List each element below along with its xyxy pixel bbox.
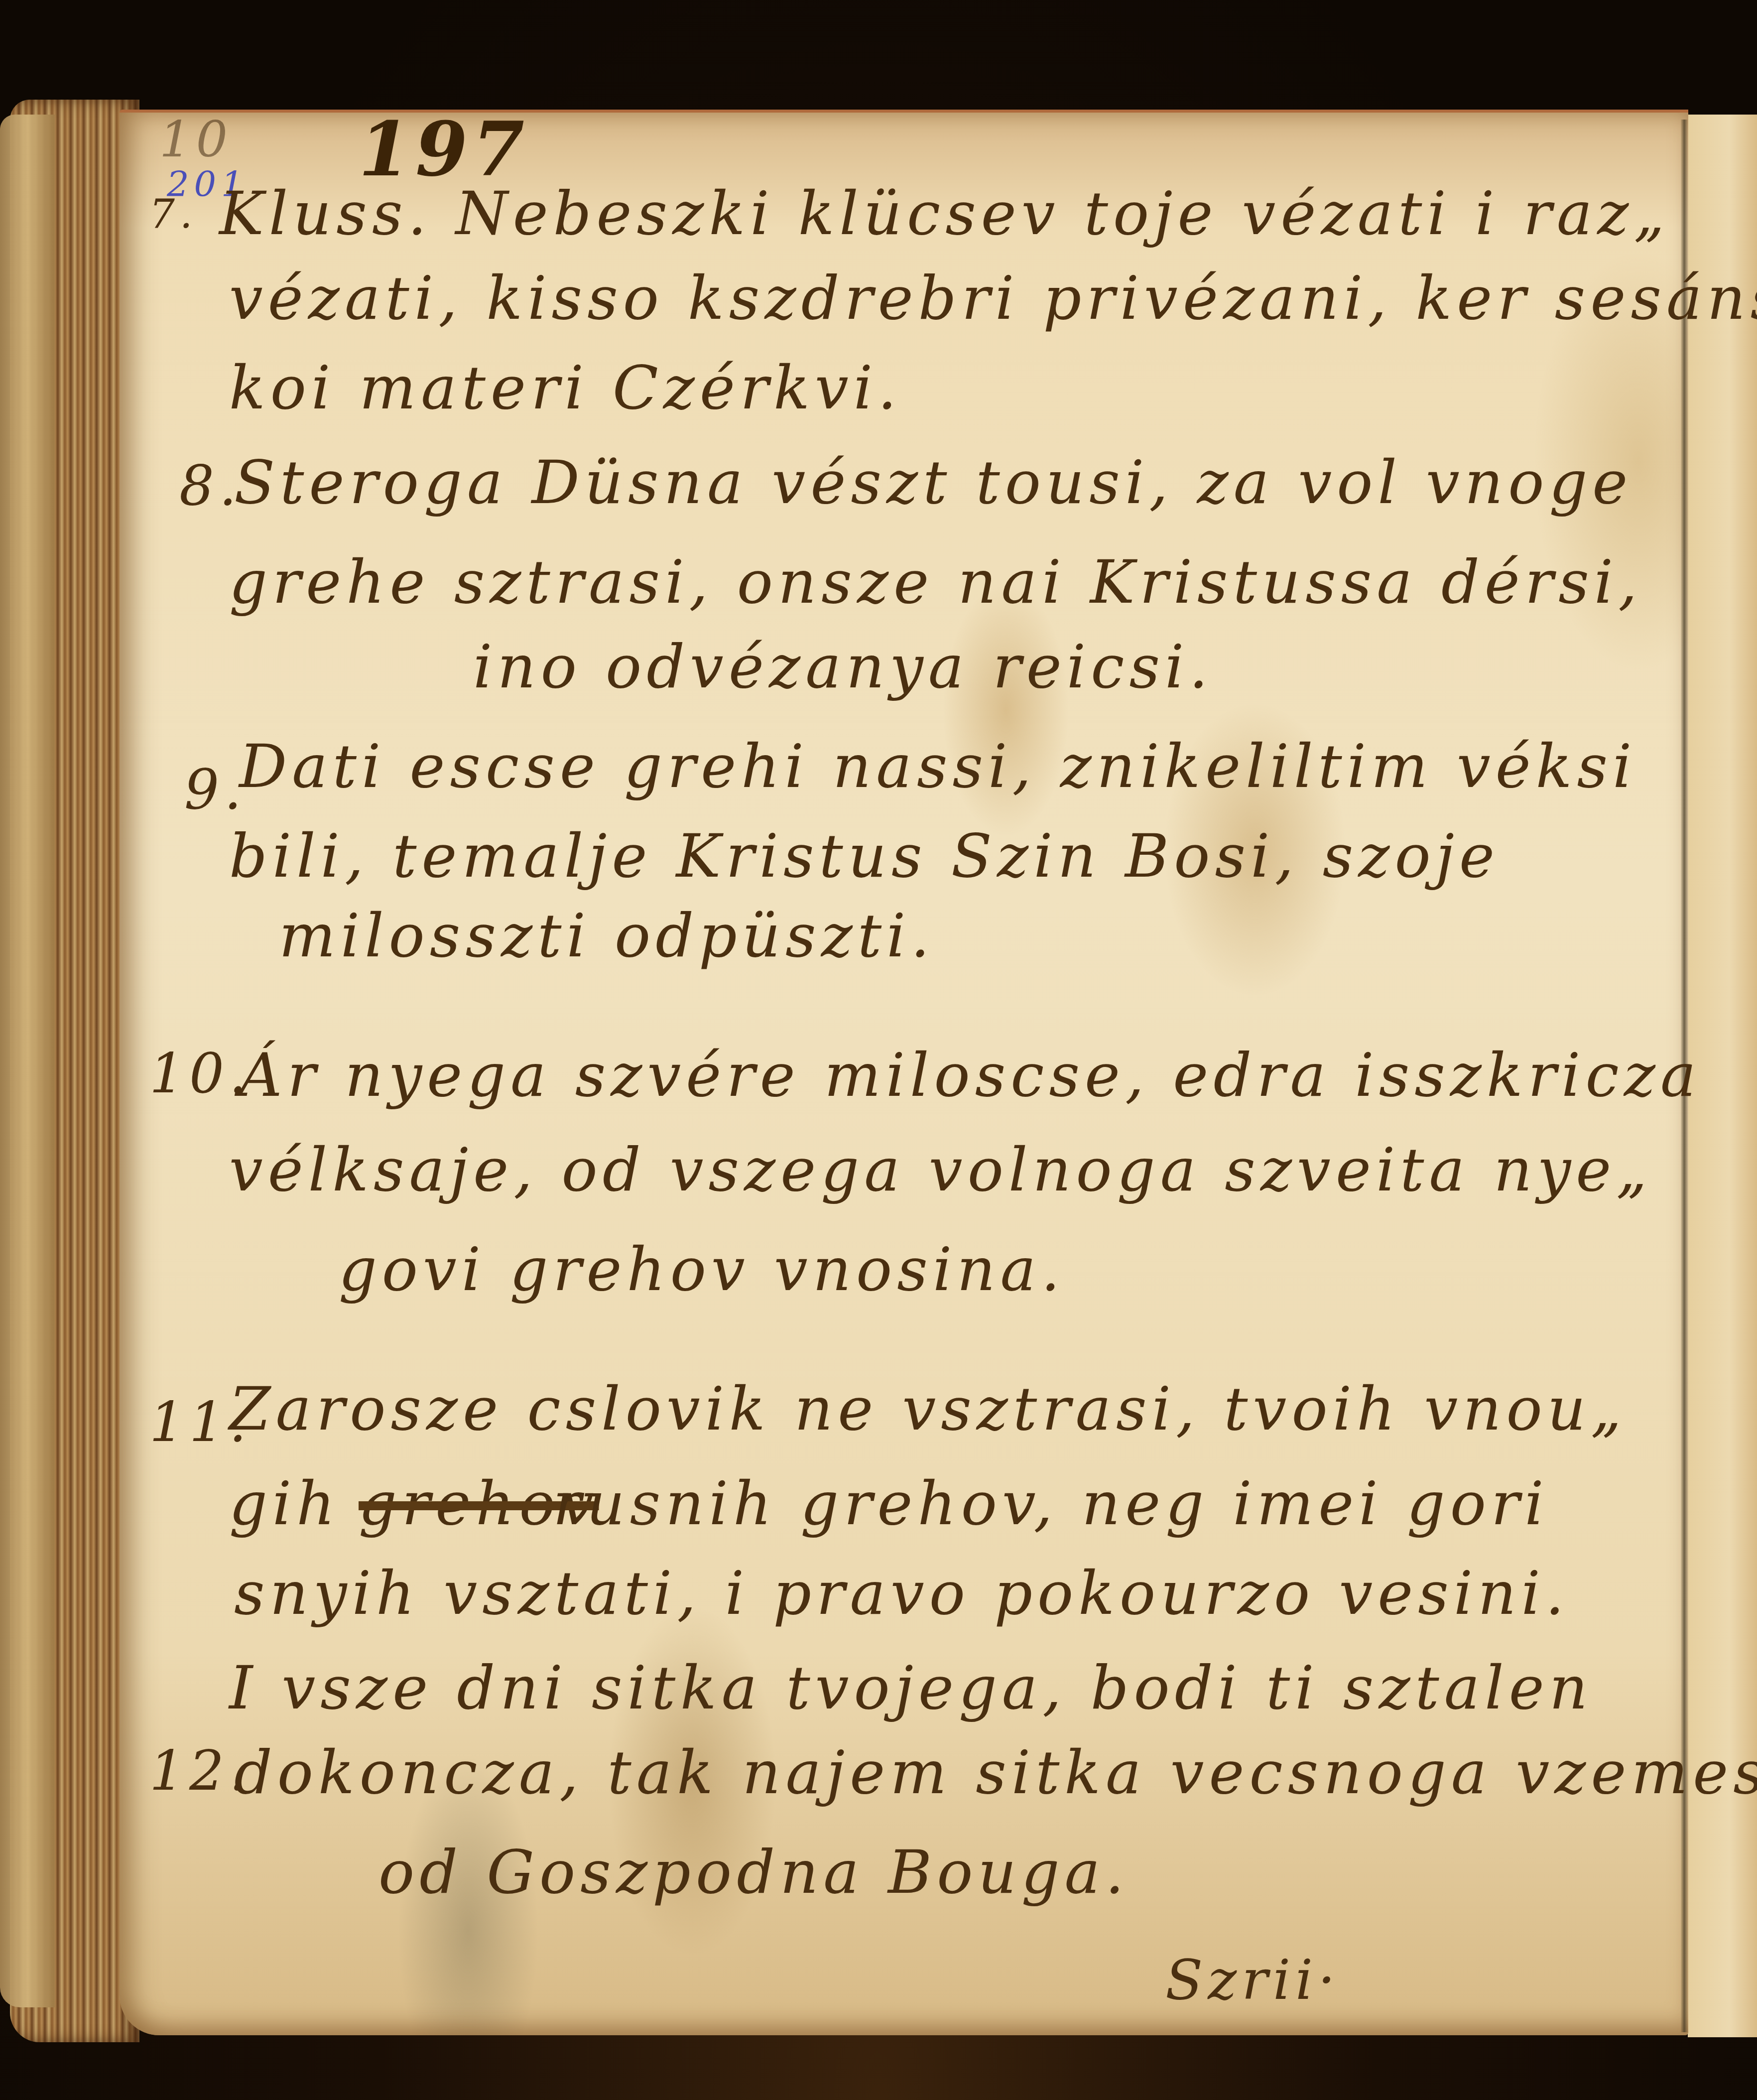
verse-10-line-1: Ár nyega szvére miloscse, edra isszkricz… — [239, 1046, 1701, 1106]
verse-number-8: 8. — [179, 458, 242, 513]
verse-9-line-1: Dati escse grehi nassi, znikeliltim véks… — [239, 737, 1636, 797]
verse-11-line-1: Zarosze cslovik ne vsztrasi, tvoih vnou„ — [229, 1380, 1627, 1440]
faint-corner-mark: 10 — [159, 115, 233, 164]
verse-11-line-2b: rusnih grehov, neg imei gori — [553, 1474, 1549, 1534]
verse-12-line-2: dokoncza, tak najem sitka vecsnoga vzeme… — [234, 1743, 1757, 1803]
verse-10-line-2: vélksaje, od vszega volnoga szveita nye„ — [229, 1141, 1652, 1200]
verse-7-line-1: Kluss. Nebeszki klücsev toje vézati i ra… — [219, 184, 1670, 244]
verse-11-line-3: snyih vsztati, i pravo pokourzo vesini. — [234, 1564, 1569, 1624]
verse-12-line-1: I vsze dni sitka tvojega, bodi ti sztale… — [229, 1659, 1593, 1718]
verse-7-line-2: vézati, kisso kszdrebri privézani, ker s… — [229, 269, 1757, 329]
verse-8-line-3: ino odvézanya reicsi. — [473, 638, 1213, 697]
book-cover-edge — [0, 115, 55, 2007]
verse-number-7: 7. — [149, 194, 197, 234]
page-number: 197 — [359, 112, 529, 187]
verse-8-line-2: grehe sztrasi, onsze nai Kristussa dérsi… — [229, 553, 1642, 613]
verse-8-line-1: Steroga Düsna vészt tousi, za vol vnoge — [234, 453, 1632, 513]
verse-11-line-2a: gih — [229, 1474, 340, 1534]
catchword: Szrii· — [1165, 1953, 1340, 2007]
verse-12-line-3: od Goszpodna Bouga. — [378, 1843, 1129, 1903]
verse-number-10: 10. — [149, 1046, 251, 1101]
verse-9-line-2: bili, temalje Kristus Szin Bosi, szoje — [229, 827, 1500, 887]
verse-number-9: 9. — [184, 762, 247, 817]
verse-7-line-3: koi materi Czérkvi. — [229, 359, 901, 418]
verse-9-line-3: milosszti odpüszti. — [279, 907, 935, 966]
verse-10-line-3: govi grehov vnosina. — [339, 1240, 1065, 1300]
